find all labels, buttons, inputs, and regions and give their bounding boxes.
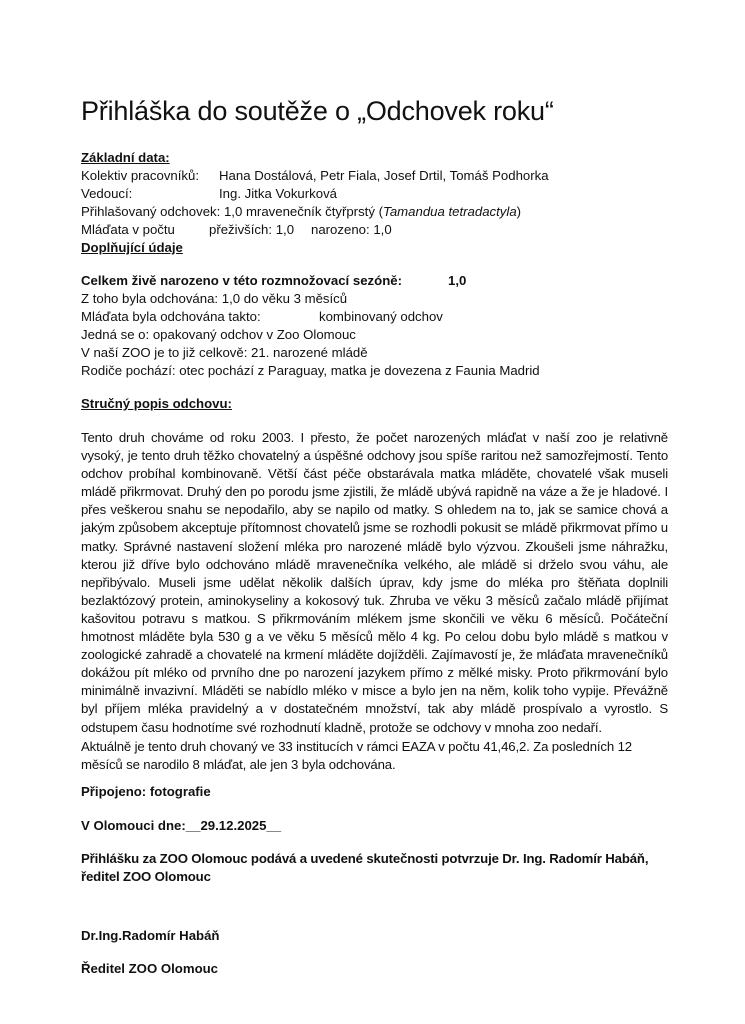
entry-row: Přihlašovaný odchovek: 1,0 mravenečník č… (81, 203, 521, 221)
supplementary-heading: Doplňující údaje (81, 239, 183, 257)
method-label: Mláďata byla odchována takto: (81, 309, 261, 324)
young-label: Mláďata v počtu (81, 222, 175, 237)
leader-label: Vedoucí: (81, 186, 132, 201)
basic-data-heading: Základní data: (81, 149, 170, 167)
method-value: kombinovaný odchov (319, 308, 443, 326)
leader-value: Ing. Jitka Vokurková (219, 185, 337, 203)
total-born-row: Celkem živě narozeno v této rozmnožovací… (81, 272, 402, 290)
leader-row: Vedoucí: Ing. Jitka Vokurková (81, 185, 132, 203)
entry-value: 1,0 mravenečník čtyřprstý ( (224, 204, 383, 219)
born-value: narozeno: 1,0 (311, 221, 392, 239)
method-row: Mláďata byla odchována takto: kombinovan… (81, 308, 261, 326)
date-line: V Olomouci dne:__29.12.2025__ (81, 817, 281, 835)
entry-label: Přihlašovaný odchovek: (81, 204, 220, 219)
description-paragraph-1: Tento druh chováme od roku 2003. I přest… (81, 429, 668, 737)
young-row: Mláďata v počtu přeživších: 1,0 narozeno… (81, 221, 175, 239)
total-born-label: Celkem živě narozeno v této rozmnožovací… (81, 273, 402, 288)
total-row: V naší ZOO je to již celkově: 21. naroze… (81, 344, 368, 362)
entry-latin-name: Tamandua tetradactyla (383, 204, 517, 219)
team-label: Kolektiv pracovníků: (81, 168, 199, 183)
signature-title: Ředitel ZOO Olomouc (81, 960, 218, 978)
entry-close: ) (517, 204, 521, 219)
description-paragraph-2: Aktuálně je tento druh chovaný ve 33 ins… (81, 738, 668, 774)
document-title: Přihláška do soutěže o „Odchovek roku“ (81, 96, 554, 127)
description-heading: Stručný popis odchovu: (81, 395, 232, 413)
type-row: Jedná se o: opakovaný odchov v Zoo Olomo… (81, 326, 356, 344)
attached-line: Připojeno: fotografie (81, 783, 211, 801)
team-row: Kolektiv pracovníků: Hana Dostálová, Pet… (81, 167, 199, 185)
submitted-statement: Přihlášku za ZOO Olomouc podává a uveden… (81, 850, 668, 886)
parents-row: Rodiče pochází: otec pochází z Paraguay,… (81, 362, 540, 380)
signature-name: Dr.Ing.Radomír Habáň (81, 927, 220, 945)
raised-row: Z toho byla odchována: 1,0 do věku 3 měs… (81, 290, 347, 308)
team-value: Hana Dostálová, Petr Fiala, Josef Drtil,… (219, 167, 549, 185)
total-born-value: 1,0 (448, 272, 466, 290)
survived-value: přeživších: 1,0 (209, 221, 294, 239)
